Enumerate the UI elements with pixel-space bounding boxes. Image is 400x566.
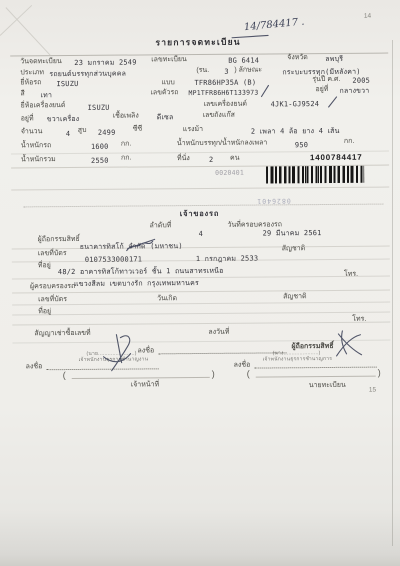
cylinders-unit: สูบ xyxy=(78,127,87,134)
birth-date-label: วันเกิด xyxy=(157,295,177,302)
color-value: เทา xyxy=(40,92,52,99)
horsepower-label: แรงม้า xyxy=(183,126,203,133)
address-line1-value: 48/2 อาคารทิสโก้ทาวเวอร์ ชั้น 1 ถนนสาทรเ… xyxy=(58,268,224,276)
color-label: สี xyxy=(20,90,24,97)
sequence-label: ลำดับที่ xyxy=(150,222,172,229)
bracket-line-right xyxy=(256,376,376,378)
divider-line xyxy=(12,340,390,344)
cylinders-value: 4 xyxy=(66,131,70,138)
reg-no-value: BG 6414 xyxy=(228,58,259,65)
possessor-label: ผู้ครอบครองรถ xyxy=(30,283,75,290)
seats-label: ที่นั่ง xyxy=(177,155,190,162)
chassis-position-value: กลางขวา xyxy=(339,88,369,95)
load-weight-value: 950 xyxy=(295,142,308,149)
gross-weight-unit: กก. xyxy=(121,155,131,162)
bracket-open-left: ( xyxy=(63,371,66,380)
load-weight-label: น้ำหนักบรรทุก/น้ำหนักลงเพลา xyxy=(177,139,267,147)
divider-line xyxy=(12,312,390,316)
officer-caption: เจ้าหน้าที่ xyxy=(131,381,159,388)
signature-line-3 xyxy=(255,367,377,369)
sign-label-2: ลงชื่อ xyxy=(26,363,43,370)
bracket-line-left xyxy=(72,377,210,379)
year-label: รุ่นปี ค.ศ. xyxy=(312,76,340,83)
divider-line xyxy=(12,302,390,306)
reg-no-label: เลขทะเบียน xyxy=(151,56,187,63)
chassis-position-label: อยู่ที่ xyxy=(315,86,328,93)
load-weight-unit: กก. xyxy=(344,138,354,145)
page-number-bottom: 15 xyxy=(369,388,376,395)
curb-weight-unit: กก. xyxy=(121,141,131,148)
document-code: 0020401 xyxy=(215,170,244,177)
engine-no-value: 4JK1-GJ9524 xyxy=(271,101,320,108)
curb-weight-value: 1600 xyxy=(91,144,109,151)
reg-date-label: วันจดทะเบียน xyxy=(20,58,62,65)
type-value: รถยนต์บรรทุกส่วนบุคคล xyxy=(49,71,126,79)
body-style-label: ) ลักษณะ xyxy=(234,67,262,74)
handwritten-check-engine xyxy=(329,97,337,107)
divider-line xyxy=(12,322,390,326)
handwritten-check-chassis xyxy=(261,85,268,96)
cylinders-label: จำนวน xyxy=(21,128,43,135)
model-label: แบบ xyxy=(161,79,174,86)
upside-down-stamp-number: 0826401 xyxy=(256,197,290,204)
engine-brand-value: ISUZU xyxy=(88,105,110,112)
divider-line xyxy=(12,276,390,280)
possessor-nationality-label: สัญชาติ xyxy=(283,293,307,300)
curb-weight-label: น้ำหนักรถ xyxy=(21,142,51,149)
handwritten-reference: 14/784417 . xyxy=(244,18,305,34)
registrar-caption: นายทะเบียน xyxy=(309,382,346,389)
document-content: 14/784417 . 14 รายการจดทะเบียน วันจดทะเบ… xyxy=(0,0,400,566)
possession-date-label: วันที่ครอบครองรถ xyxy=(228,221,283,228)
fuel-label: เชื้อเพลิง xyxy=(113,112,139,119)
contract-date-label: ลงวันที่ xyxy=(208,329,229,336)
engine-position-label: อยู่ที่ xyxy=(21,115,34,122)
rn-label: (รน. xyxy=(196,67,209,74)
page-number-top: 14 xyxy=(364,14,371,21)
right-stamp-role: เจ้าพนักงานธุรการชำนาญการ xyxy=(263,357,333,363)
signature-line-1 xyxy=(159,352,287,354)
handwritten-signature-right xyxy=(336,331,361,356)
displacement-unit: ซีซี xyxy=(133,125,143,132)
divider-line xyxy=(12,290,390,294)
brand-label: ยี่ห้อรถ xyxy=(20,79,41,86)
displacement-value: 2499 xyxy=(98,130,116,137)
year-value: 2005 xyxy=(352,78,370,85)
divider-line xyxy=(11,187,389,191)
card-no-label: เลขที่บัตร xyxy=(38,250,67,257)
engine-position-value: ขวาเครื่อง xyxy=(47,116,80,123)
address-line2-value: แขวงสีลม เขตบางรัก กรุงเทพมหานคร xyxy=(74,280,199,288)
province-value: ลพบุรี xyxy=(325,56,343,63)
chassis-no-label: เลขตัวรถ xyxy=(150,89,178,96)
gas-tank-label: เลขถังแก๊ส xyxy=(203,112,235,119)
registration-document-page: 14/784417 . 14 รายการจดทะเบียน วันจดทะเบ… xyxy=(0,0,400,566)
chassis-no-value: MP1TFR86H6T133973 xyxy=(188,90,258,97)
reg-date-value: 23 มกราคม 2549 xyxy=(74,59,136,66)
engine-brand-label: ยี่ห้อเครื่องยนต์ xyxy=(21,102,66,109)
seats-unit: คน xyxy=(230,155,240,162)
bracket-close-left: ) xyxy=(212,370,215,379)
owner-section-header: เจ้าของรถ xyxy=(0,208,399,219)
rn-value: 3 xyxy=(224,69,228,76)
address-label: ที่อยู่ xyxy=(38,262,51,269)
gross-weight-label: น้ำหนักรวม xyxy=(21,156,56,163)
engine-no-label: เลขเครื่องยนต์ xyxy=(204,101,247,108)
document-title: รายการจดทะเบียน xyxy=(0,36,398,48)
gross-weight-value: 2550 xyxy=(91,158,109,165)
seats-value: 2 xyxy=(209,157,213,164)
possessor-card-no-label: เลขที่บัตร xyxy=(38,296,67,303)
left-stamp-role: เจ้าพนักงานธุรการชำนาญงาน xyxy=(79,357,149,363)
hire-purchase-contract-label: สัญญาเช่าซื้อเลขที่ xyxy=(34,330,90,337)
sign-label-1: ลงชื่อ xyxy=(138,347,155,354)
divider-line xyxy=(12,246,390,250)
bracket-open-right: ( xyxy=(247,370,250,379)
axles-wheels-tyres-value: 2 เพลา 4 ล้อ ยาง 4 เส้น xyxy=(251,128,340,136)
type-label: ประเภท xyxy=(20,69,44,76)
province-label: จังหวัด xyxy=(287,54,308,61)
sequence-value: 4 xyxy=(199,231,203,238)
holder-label: ผู้ถือกรรมสิทธิ์ xyxy=(38,236,80,243)
barcode xyxy=(266,166,364,184)
bracket-close-right: ) xyxy=(378,369,381,378)
dotted-divider xyxy=(23,204,383,208)
fuel-value: ดีเซล xyxy=(157,114,174,121)
barcode-number: 1400784417 xyxy=(310,154,363,162)
model-value: TFR86HP35A (B) xyxy=(194,80,256,87)
brand-value: ISUZU xyxy=(56,81,78,88)
possession-date-value: 29 มีนาคม 2561 xyxy=(263,230,322,237)
